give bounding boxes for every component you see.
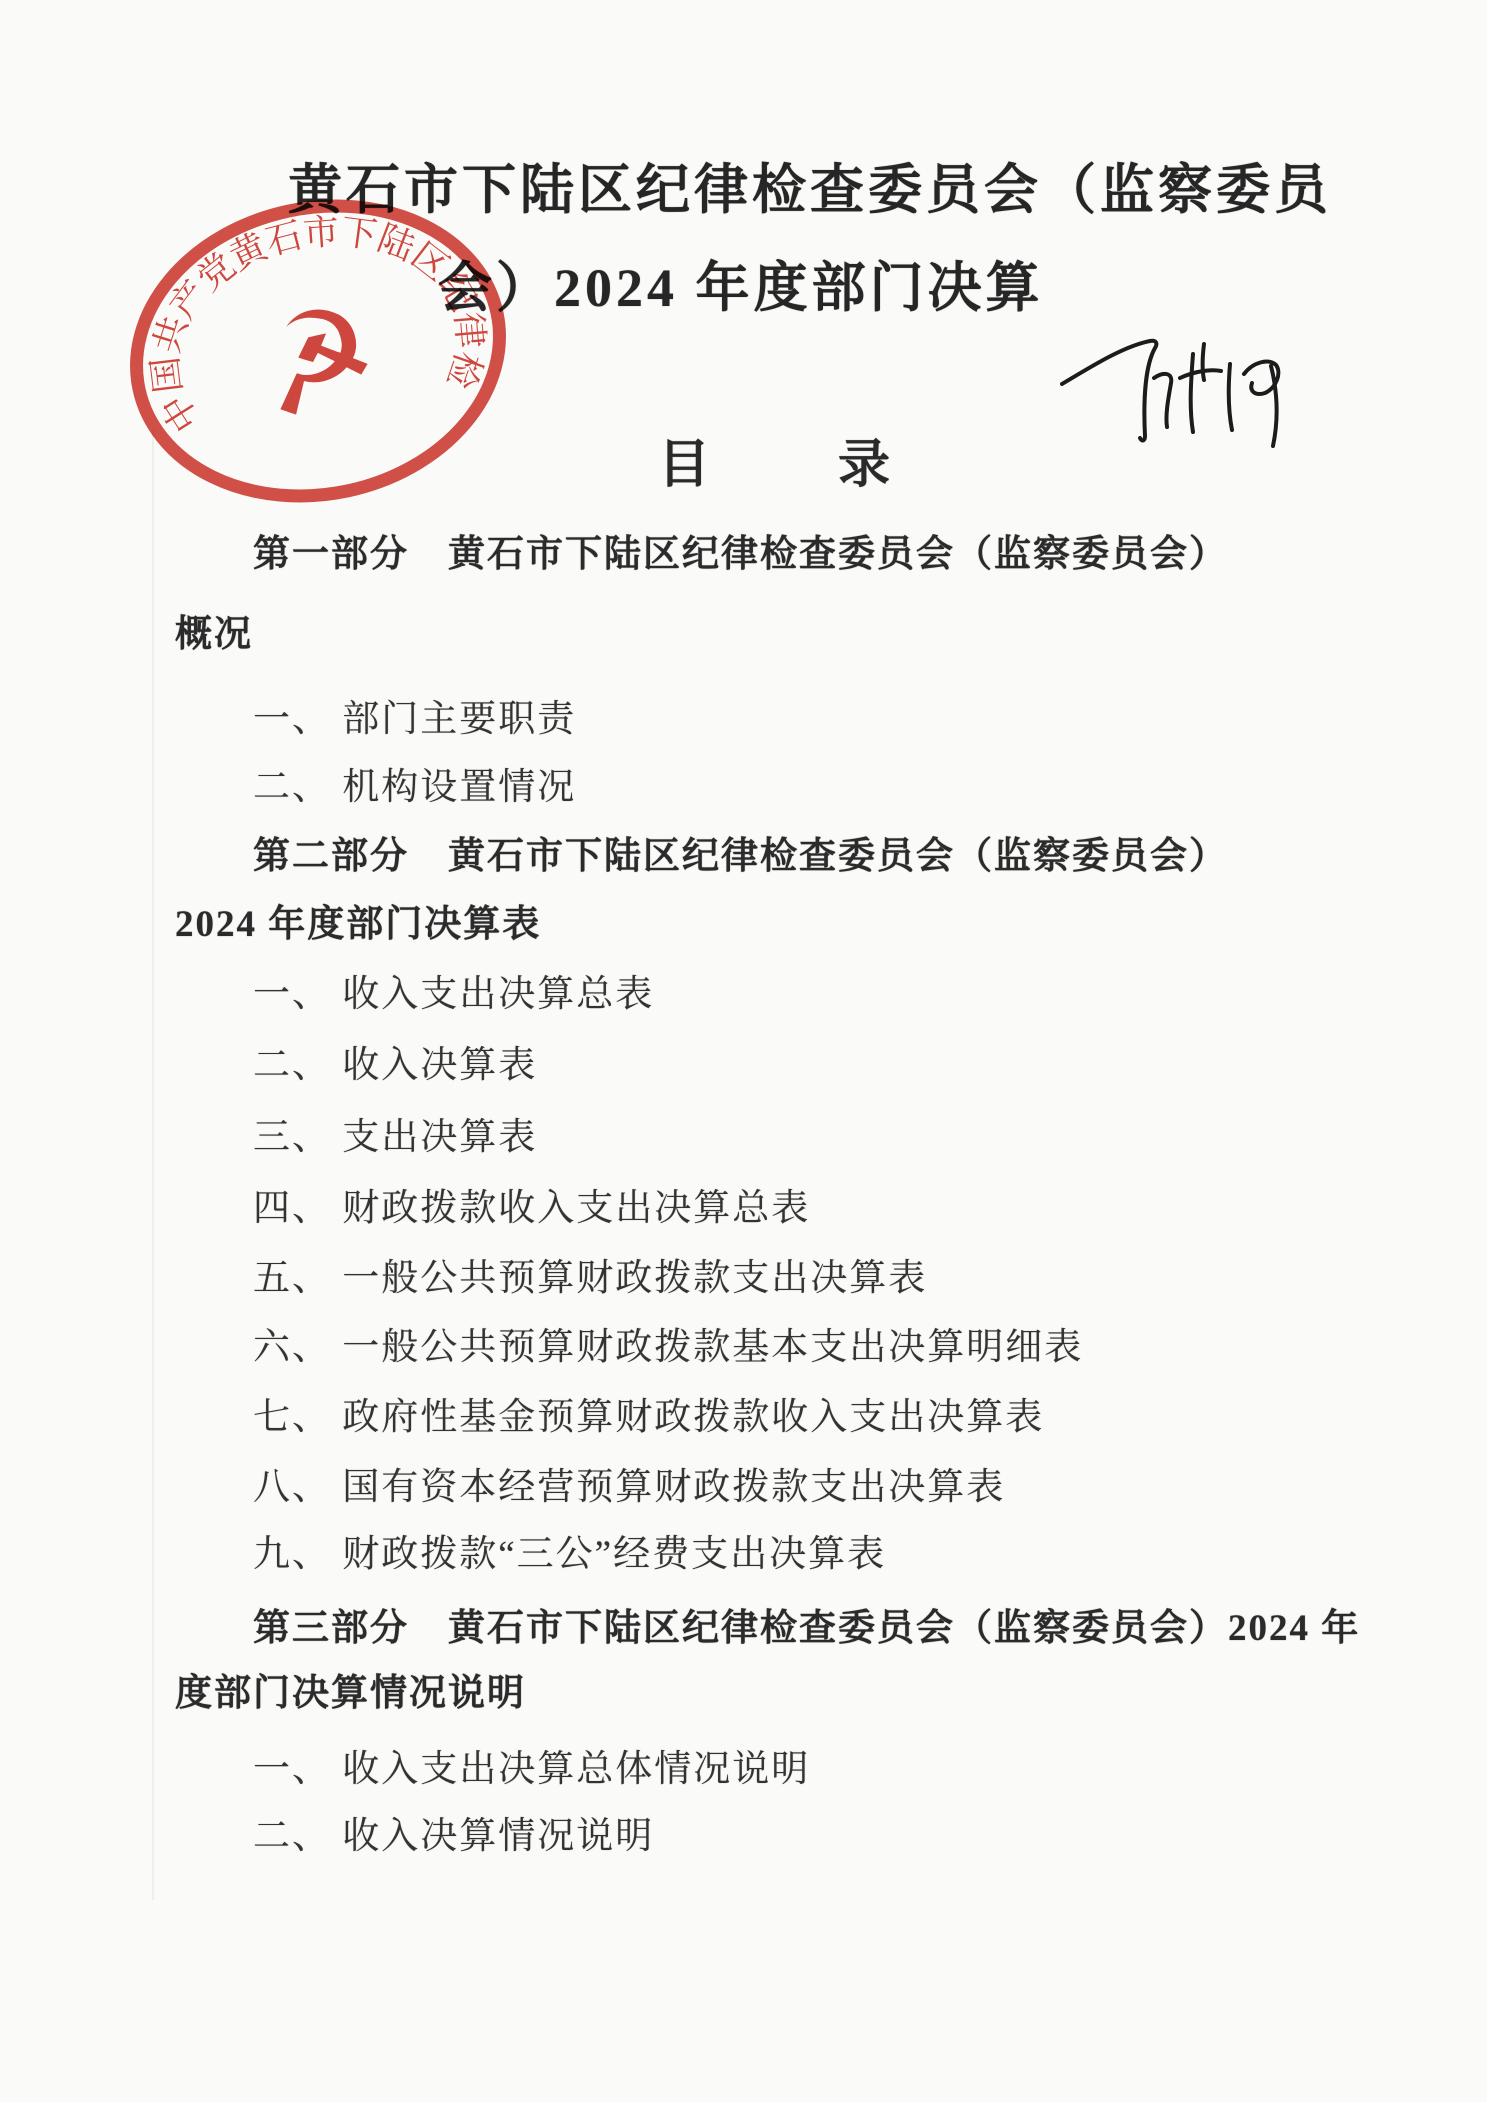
toc-line-item: 三、 支出决算表	[253, 1116, 537, 1160]
document-title-line-2: 会）2024 年度部门决算	[438, 258, 1044, 318]
toc-line-part2: 第二部分 黄石市下陆区纪律检查委员会（监察委员会）	[253, 835, 1228, 879]
signature-name: 陈倩娟	[0, 0, 1, 1]
signature-strokes	[1062, 341, 1278, 446]
toc-line-item: 七、 政府性基金预算财政拨款收入支出决算表	[253, 1396, 1044, 1440]
scan-edge-artifact	[152, 430, 154, 1900]
handwritten-signature	[1050, 312, 1340, 462]
toc-heading: 目 录	[658, 438, 890, 494]
toc-line-item: 一、 部门主要职责	[253, 698, 576, 742]
scanned-page: 黄石市下陆区纪律检查委员会（监察委员 会）2024 年度部门决算 中国共产党黄石…	[0, 0, 1487, 2102]
official-red-seal: 中国共产党黄石市下陆区纪律检查委员会 ☭	[112, 190, 524, 512]
toc-line-item: 二、 收入决算表	[253, 1044, 537, 1088]
toc-line-item: 九、 财政拨款“三公”经费支出决算表	[253, 1533, 886, 1577]
toc-heading-char-1: 目	[658, 438, 710, 494]
toc-line-part1: 第一部分 黄石市下陆区纪律检查委员会（监察委员会）	[253, 533, 1228, 577]
toc-line-item: 一、 收入支出决算总表	[253, 973, 654, 1017]
toc-heading-char-2: 录	[838, 438, 890, 494]
toc-line-item: 一、 收入支出决算总体情况说明	[253, 1748, 810, 1792]
toc-line-item: 六、 一般公共预算财政拨款基本支出决算明细表	[253, 1326, 1083, 1370]
toc-line-part1-cont: 概况	[175, 613, 253, 657]
toc-line-item: 五、 一般公共预算财政拨款支出决算表	[253, 1257, 927, 1301]
hammer-and-sickle-icon: ☭	[239, 271, 395, 452]
toc-line-item: 八、 国有资本经营预算财政拨款支出决算表	[253, 1466, 1005, 1510]
toc-line-part2-cont: 2024 年度部门决算表	[175, 903, 541, 947]
toc-line-part3-cont: 度部门决算情况说明	[175, 1672, 526, 1716]
toc-line-item: 二、 机构设置情况	[253, 766, 576, 810]
seal-group: 中国共产党黄石市下陆区纪律检查委员会 ☭	[112, 190, 524, 512]
toc-line-item: 四、 财政拨款收入支出决算总表	[253, 1187, 810, 1231]
toc-line-item: 二、 收入决算情况说明	[253, 1815, 654, 1859]
toc-line-part3: 第三部分 黄石市下陆区纪律检查委员会（监察委员会）2024 年	[253, 1607, 1360, 1651]
